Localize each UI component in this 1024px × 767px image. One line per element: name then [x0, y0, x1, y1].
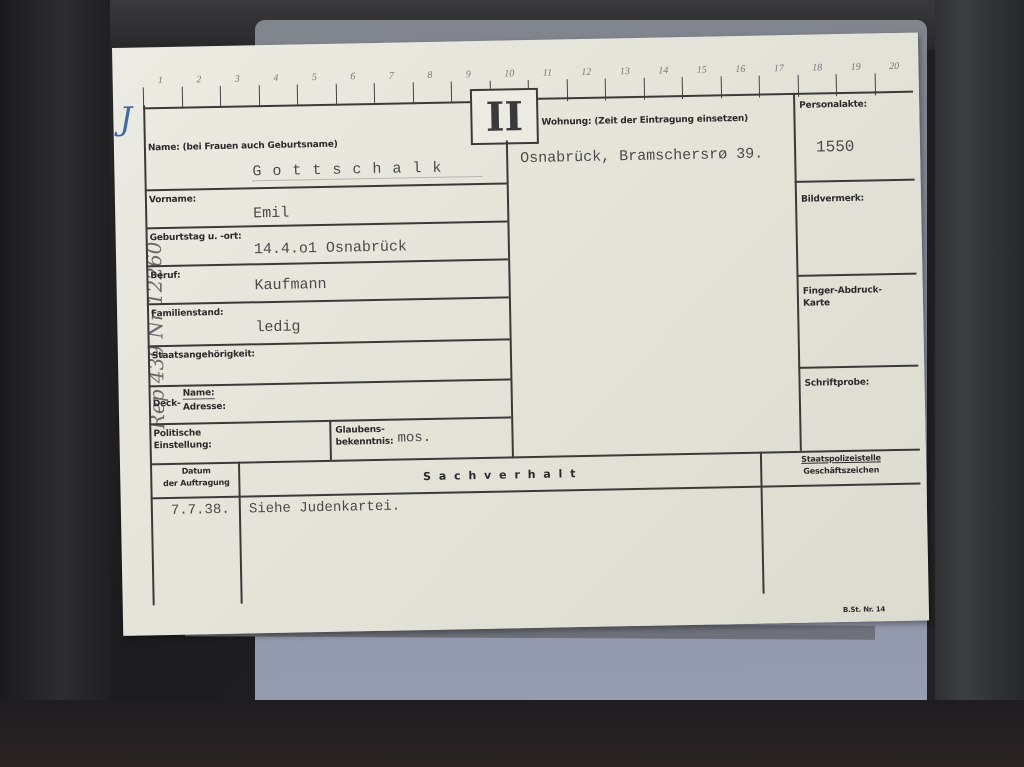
ruler-number: 19	[851, 62, 861, 73]
datum-header-2: der Auftragung	[154, 478, 238, 489]
ruler-tick	[181, 87, 182, 109]
glaubens-label-1: Glaubens-	[335, 425, 384, 436]
datum-header-1: Datum	[154, 466, 238, 477]
ruler-tick	[297, 84, 298, 106]
display-case-rail	[935, 0, 1024, 767]
ruler-number: 17	[774, 63, 784, 74]
glaubens-value: mos.	[397, 430, 431, 447]
row-divider	[796, 273, 916, 277]
familienstand-value: ledig	[255, 318, 300, 336]
ruler-number: 12	[581, 67, 591, 78]
ruler-tick	[220, 86, 221, 108]
wohnung-label: Wohnung: (Zeit der Eintragung einsetzen)	[541, 114, 748, 128]
ruler-number: 4	[273, 73, 278, 84]
glaubens-label-2: bekenntnis:	[336, 437, 394, 448]
vorname-value: Emil	[253, 205, 289, 223]
geburt-value: 14.4.o1 Osnabrück	[254, 238, 407, 258]
politische-label-1: Politische	[153, 428, 201, 439]
row-divider	[795, 179, 915, 183]
ruler-number: 3	[235, 74, 240, 85]
sachverhalt-header: S a c h v e r h a l t	[240, 464, 760, 487]
vorname-label: Vorname:	[149, 194, 196, 205]
row-divider	[798, 365, 918, 369]
politische-label-2: Einstellung:	[154, 440, 212, 451]
ruler-number: 8	[427, 70, 432, 81]
wohnung-value: Osnabrück, Bramschersrø 39.	[520, 146, 763, 168]
familienstand-label: Familienstand:	[151, 308, 223, 319]
stapo-header-2: Geschäftszeichen	[762, 465, 920, 477]
beruf-value: Kaufmann	[254, 276, 326, 294]
display-shelf	[0, 700, 1024, 767]
blue-margin-mark: J	[119, 100, 133, 138]
finger-label-2: Karte	[803, 298, 830, 309]
name-label: Name: (bei Frauen auch Geburtsname)	[148, 140, 338, 154]
row-sachverhalt: Siehe Judenkartei.	[249, 499, 401, 518]
row-divider	[147, 296, 509, 304]
ruler-number: 20	[889, 61, 899, 72]
finger-label-1: Finger-Abdruck-	[803, 285, 882, 297]
staatsangehoerigkeit-label: Staatsangehörigkeit:	[152, 349, 255, 361]
deck-adresse-label: Adresse:	[183, 402, 226, 413]
row-divider	[148, 378, 510, 386]
ruler-number: 6	[350, 71, 355, 82]
row-divider	[146, 258, 508, 266]
ruler-number: 2	[196, 74, 201, 85]
form-number: B.St. Nr. 14	[843, 605, 885, 614]
ruler-tick	[335, 84, 336, 106]
ruler-number: 5	[312, 72, 317, 83]
ruler-tick	[412, 82, 413, 104]
name-value: G o t t s c h a l k	[252, 159, 482, 181]
politics-religion-divider	[329, 420, 331, 460]
schriftprobe-label: Schriftprobe:	[804, 378, 869, 389]
ruler-tick	[451, 81, 452, 103]
ruler-tick	[374, 83, 375, 105]
ruler-number: 1	[158, 75, 163, 86]
ruler-number: 9	[466, 69, 471, 80]
ruler-number: 7	[389, 71, 394, 82]
personalakte-value: 1550	[816, 138, 855, 157]
ruler-number: 10	[504, 68, 514, 79]
section-roman-numeral: II	[470, 88, 539, 145]
personalakte-label: Personalakte:	[799, 100, 867, 111]
left-column-divider	[506, 140, 514, 458]
geburt-label: Geburtstag u. -ort:	[150, 232, 242, 244]
beruf-label: Beruf:	[150, 271, 180, 282]
right-column-divider	[793, 93, 801, 451]
ruler-number: 15	[697, 65, 707, 76]
ruler-tick	[258, 85, 259, 107]
row-divider	[148, 338, 510, 346]
deck-prefix: Deck-	[153, 399, 181, 410]
row-datum: 7.7.38.	[171, 502, 230, 519]
ruler-number: 14	[658, 65, 668, 76]
ruler-number: 18	[812, 62, 822, 73]
bildvermerk-label: Bildvermerk:	[801, 194, 864, 205]
deck-name-label: Name:	[183, 388, 215, 400]
ruler-number: 13	[620, 66, 630, 77]
stapo-header-1: Staatspolizeistelle	[762, 453, 920, 465]
row-divider	[145, 220, 507, 228]
row-divider	[145, 182, 507, 190]
ruler-number: 11	[543, 68, 552, 79]
index-card: J Rep 439 Nr 12260 123456789101112131415…	[112, 33, 929, 636]
ruler-number: 16	[735, 64, 745, 75]
